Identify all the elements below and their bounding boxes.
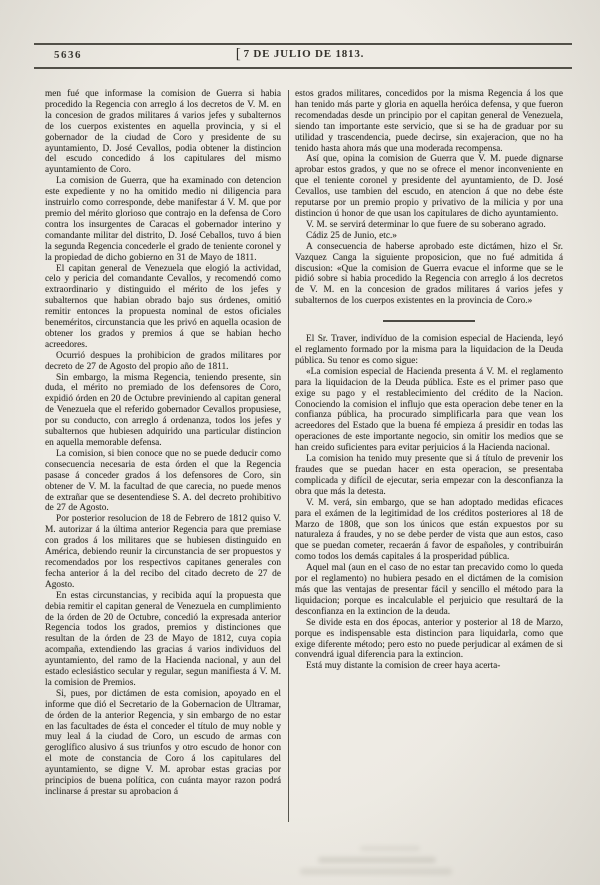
paragraph: La comision de Guerra, que ha examinado … xyxy=(45,176,281,263)
paragraph: Si, pues, por dictámen de esta comision,… xyxy=(45,689,281,798)
paragraph: Sin embargo, la misma Regencia, teniendo… xyxy=(45,373,281,449)
text-body: men fué que informase la comision de Gue… xyxy=(45,89,563,822)
paragraph: El capitan general de Venezuela que elog… xyxy=(45,264,281,351)
paragraph: V. M. verá, sin embargo, que se han adop… xyxy=(295,498,563,563)
paragraph: Aquel mal (aun en el caso de no estar ta… xyxy=(295,563,563,618)
bleed-through-smudge xyxy=(318,857,436,863)
paragraph: La comision ha tenido muy presente que s… xyxy=(295,454,563,498)
right-column-section-1: estos grados militares, concedidos por l… xyxy=(295,89,563,307)
section-divider-rule xyxy=(383,320,475,322)
paragraph: En estas circunstancias, y recibida aquí… xyxy=(45,591,281,689)
right-column-section-2: El Sr. Traver, indivíduo de la comision … xyxy=(295,334,563,672)
paragraph: estos grados militares, concedidos por l… xyxy=(295,89,563,154)
bracket-glyph: [ xyxy=(236,49,242,59)
bleed-through-smudge xyxy=(300,868,452,875)
paragraph: La comision, si bien conoce que no se pu… xyxy=(45,449,281,514)
paragraph: El Sr. Traver, indivíduo de la comision … xyxy=(295,334,563,367)
gazette-page: 5636 [7 DE JULIO DE 1813. men fué que in… xyxy=(0,0,600,885)
paragraph: men fué que informase la comision de Gue… xyxy=(45,89,281,176)
paragraph: Está muy distante la comision de creer h… xyxy=(295,661,563,672)
header-rule-bottom xyxy=(34,67,572,69)
paragraph: A consecuencia de haberse aprobado este … xyxy=(295,242,563,307)
column-divider xyxy=(288,90,289,822)
issue-date: [7 DE JULIO DE 1813. xyxy=(0,48,600,60)
paragraph: Por posterior resolucion de 18 de Febrer… xyxy=(45,514,281,590)
text-column-left: men fué que informase la comision de Gue… xyxy=(45,89,281,798)
paragraph: Se divide esta en dos épocas, anterior y… xyxy=(295,618,563,662)
text-column-right: estos grados militares, concedidos por l… xyxy=(295,89,563,672)
issue-date-text: 7 DE JULIO DE 1813. xyxy=(244,48,365,60)
header-rule-top xyxy=(34,43,572,45)
paragraph: V. M. se servirá determinar lo que fuere… xyxy=(295,220,563,231)
paragraph: «La comision especial de Hacienda presen… xyxy=(295,367,563,454)
bleed-through-smudge xyxy=(360,846,420,851)
paragraph: Así que, opina la comision de Guerra que… xyxy=(295,154,563,219)
paragraph: Ocurrió despues la prohibicion de grados… xyxy=(45,351,281,373)
paragraph: Cádiz 25 de Junio, etc.» xyxy=(295,231,563,242)
